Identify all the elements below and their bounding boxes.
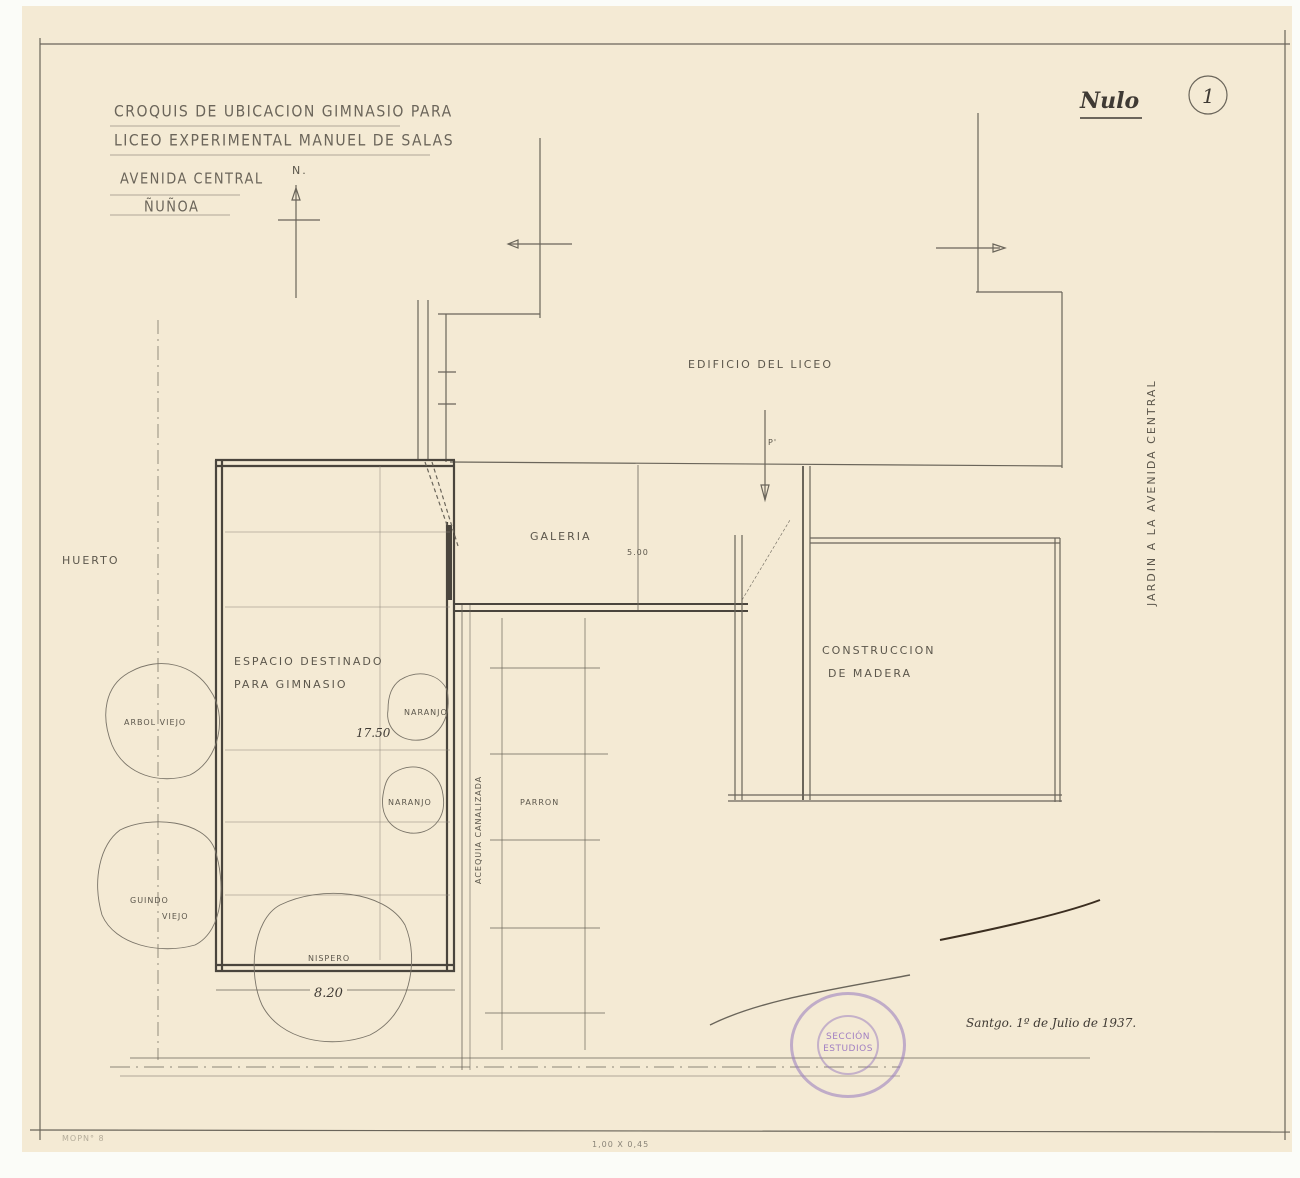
drawing-sheet: Croquis de ubicacion gimnasio para Liceo… (22, 6, 1292, 1152)
header-note-nulo: Nulo (1080, 88, 1139, 114)
label-acequia-canalizada: Acequia canalizada (474, 776, 483, 884)
date-line: Santgo. 1º de Julio de 1937. (966, 1016, 1136, 1030)
label-guindo: Guindo (130, 896, 169, 905)
location-line-1: Avenida Central (120, 171, 264, 188)
label-nispero: Nispero (308, 954, 350, 963)
stamp-line-1: Sección (811, 1031, 885, 1043)
label-para-gimnasio: para gimnasio (234, 678, 348, 691)
title-line-1: Croquis de ubicacion gimnasio para (114, 103, 453, 121)
label-edificio-liceo: Edificio del Liceo (688, 358, 833, 371)
label-galeria: Galeria (530, 530, 592, 543)
label-naranjo-1: Naranjo (404, 708, 448, 717)
section-mark: P' (768, 438, 777, 447)
sheet-number: 1 (1202, 84, 1215, 108)
north-arrow-label: N. (292, 164, 308, 177)
title-line-2: Liceo Experimental Manuel de Salas (114, 132, 454, 150)
dim-length: 17.50 (356, 726, 390, 740)
dim-width: 8.20 (310, 986, 347, 1001)
label-espacio-gimnasio: Espacio destinado (234, 655, 384, 668)
label-naranjo-2: Naranjo (388, 798, 432, 807)
label-arbol-viejo: Arbol viejo (124, 718, 186, 727)
location-line-2: Ñuñoa (144, 199, 199, 216)
archive-code: MOPN° 8 (62, 1134, 105, 1143)
label-parron: Parron (520, 798, 559, 807)
label-guindo-viejo: viejo (162, 912, 189, 921)
label-de-madera: de Madera (828, 667, 912, 680)
official-stamp: Sección Estudios (790, 992, 906, 1098)
label-construccion: Construccion (822, 644, 935, 657)
dim-galeria: 5.00 (627, 548, 649, 557)
stamp-line-2: Estudios (811, 1043, 885, 1055)
label-jardin-avenida: Jardin a la Avenida Central (1145, 379, 1158, 606)
label-huerto: Huerto (62, 554, 120, 567)
sheet-size: 1,00 x 0,45 (592, 1140, 649, 1149)
